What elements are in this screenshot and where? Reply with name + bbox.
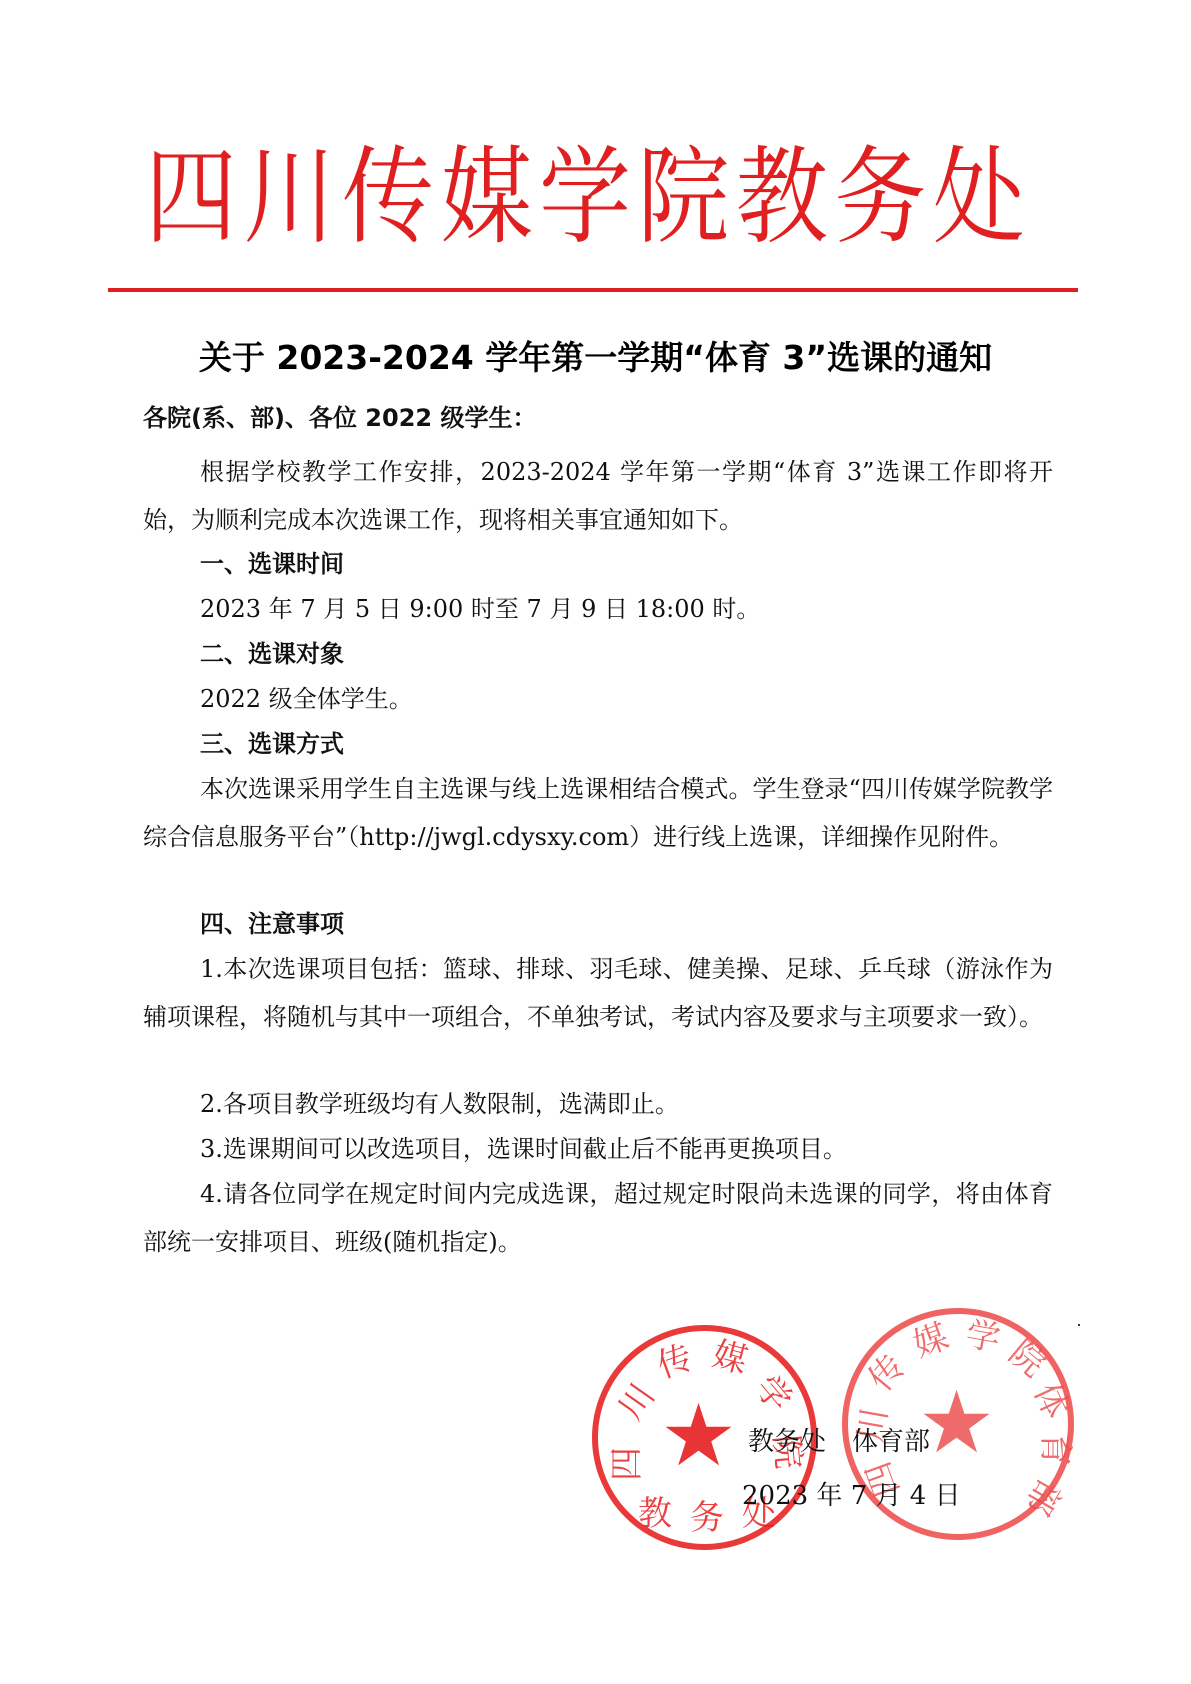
letterhead-char: 川 <box>243 145 335 251</box>
section-body-audience: 2022 级全体学生。 <box>143 675 1053 723</box>
letterhead-char: 教 <box>736 145 828 251</box>
seal-char: 传 <box>653 1340 697 1384</box>
letterhead-char: 媒 <box>440 145 532 251</box>
letterhead-char: 四 <box>145 145 237 251</box>
letterhead-char: 院 <box>637 145 729 251</box>
letterhead-char: 传 <box>342 145 434 251</box>
document-title: 关于 2023-2024 学年第一学期“体育 3”选课的通知 <box>0 338 1191 378</box>
section-heading-time: 一、选课时间 <box>143 540 1053 588</box>
note-item-4: 4.请各位同学在规定时间内完成选课，超过规定时限尚未选课的同学，将由体育部统一安… <box>143 1170 1053 1266</box>
signature-date: 2023 年 7 月 4 日 <box>742 1472 961 1520</box>
section-heading-method: 三、选课方式 <box>143 720 1053 768</box>
letterhead: 四 川 传 媒 学 院 教 务 处 <box>145 131 1025 263</box>
section-heading-audience: 二、选课对象 <box>143 630 1053 678</box>
seal-char: 教 <box>638 1497 672 1531</box>
section-body-method: 本次选课采用学生自主选课与线上选课相结合模式。学生登录“四川传媒学院教学综合信息… <box>143 765 1053 861</box>
letterhead-char: 学 <box>539 145 631 251</box>
seal-char: 学 <box>749 1370 797 1418</box>
salutation: 各院(系、部)、各位 2022 级学生： <box>143 394 1053 442</box>
seal-char: 媒 <box>909 1319 953 1363</box>
seal-char: 四 <box>610 1447 644 1481</box>
note-item-1: 1.本次选课项目包括：篮球、排球、羽毛球、健美操、足球、乒乓球（游泳作为辅项课程… <box>143 945 1053 1041</box>
intro-paragraph: 根据学校教学工作安排，2023-2024 学年第一学期“体育 3”选课工作即将开… <box>143 448 1053 544</box>
seal-char: 育 <box>1038 1432 1072 1466</box>
letterhead-char: 务 <box>834 145 926 251</box>
seal-char: 部 <box>1020 1474 1066 1520</box>
seal-char: 川 <box>613 1378 660 1425</box>
star-icon: ★ <box>660 1393 737 1479</box>
scan-speck <box>1078 1324 1080 1326</box>
signature-issuers: 教务处 体育部 <box>748 1418 930 1466</box>
seal-char: 院 <box>1003 1335 1051 1383</box>
seal-char: 媒 <box>709 1337 751 1379</box>
note-item-2: 2.各项目教学班级均有人数限制，选满即止。 <box>143 1080 1053 1128</box>
seal-char: 体 <box>1028 1378 1073 1423</box>
seal-char: 传 <box>863 1349 911 1397</box>
letterhead-char: 处 <box>933 145 1025 251</box>
note-item-3: 3.选课期间可以改选项目，选课时间截止后不能再更换项目。 <box>143 1125 1053 1173</box>
section-body-time: 2023 年 7 月 5 日 9:00 时至 7 月 9 日 18:00 时。 <box>143 585 1053 633</box>
seal-char: 务 <box>690 1501 724 1535</box>
letterhead-divider <box>108 288 1078 292</box>
section-heading-notes: 四、注意事项 <box>143 900 1053 948</box>
seal-char: 学 <box>963 1317 1002 1356</box>
